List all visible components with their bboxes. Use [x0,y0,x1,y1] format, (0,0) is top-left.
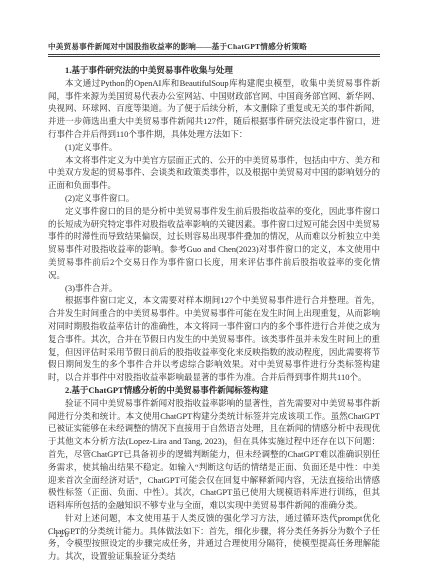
section1-item2-paragraph: 定义事件窗口的目的是分析中美贸易事件发生前后股指收益率的变化，因此事件窗口的长短… [48,205,380,282]
paper-page: 中美贸易事件新闻对中国股指收益率的影响——基于ChatGPT情感分析策略 1.基… [0,0,427,579]
section2-paragraph-2: 针对上述问题，本文使用基于人类反馈的强化学习方法，通过循环迭代prompt优化C… [48,512,380,563]
running-head: 中美贸易事件新闻对中国股指收益率的影响——基于ChatGPT情感分析策略 [48,41,380,52]
section1-item2-title: (2)定义事件窗口。 [48,192,380,205]
section1-item3-paragraph: 根据事件窗口定义，本文需要对样本期间127个中美贸易事件进行合并整理。首先，合并… [48,294,380,384]
section2-paragraph-1: 验证不同中美贸易事件新闻对股指收益率影响的显著性，首先需要对中美贸易事件新闻进行… [48,397,380,512]
header-divider-rule [48,54,380,57]
section1-intro-paragraph: 本文通过Python的OpenAI库和BeautifulSoup库构建爬虫模型，… [48,77,380,141]
section1-item1-title: (1)定义事件。 [48,141,380,154]
page-number: · 126 · [48,530,76,539]
article-body: 1.基于事件研究法的中美贸易事件收集与处理 本文通过Python的OpenAI库… [48,64,380,563]
section1-heading: 1.基于事件研究法的中美贸易事件收集与处理 [48,64,380,77]
section2-heading: 2.基于ChatGPT情感分析的中美贸易事件新闻标签构建 [48,384,380,397]
section1-item3-title: (3)事件合并。 [48,282,380,295]
section1-item1-paragraph: 本文将事件定义为中美官方层面正式的、公开的中美贸易事件，包括由中方、美方和中美双… [48,154,380,192]
